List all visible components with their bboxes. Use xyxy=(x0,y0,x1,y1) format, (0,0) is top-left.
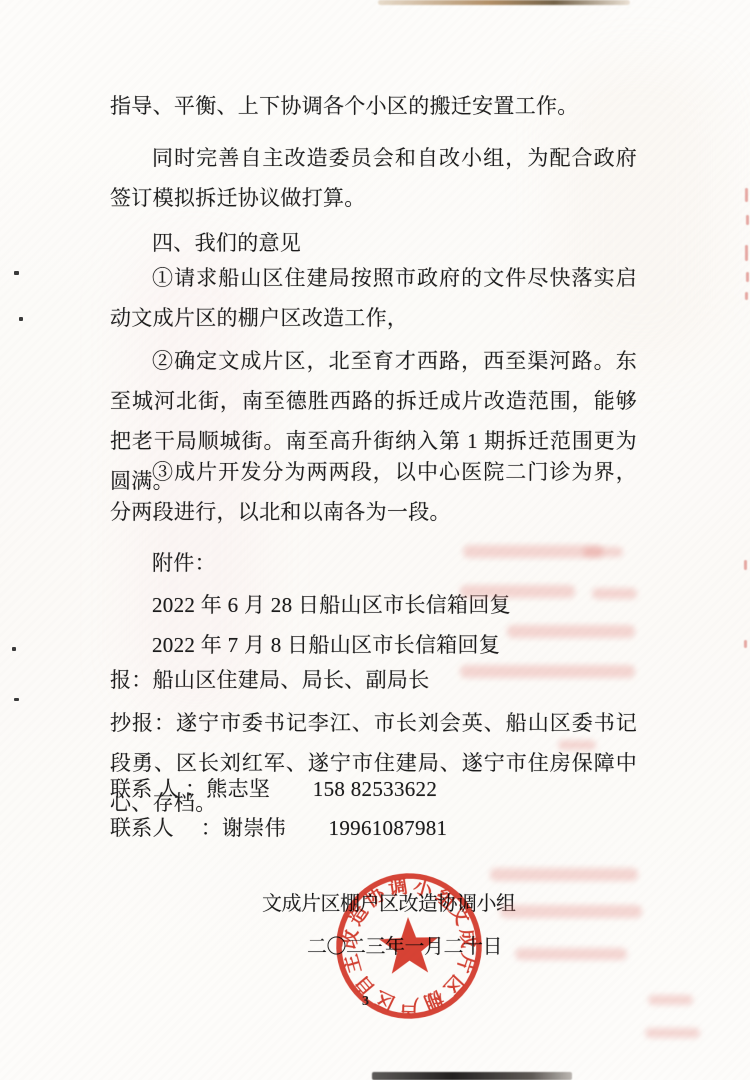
ink-bleed-artifact xyxy=(648,995,693,1005)
ink-bleed-artifact xyxy=(645,1028,700,1038)
body-paragraph: 四、我们的意见 xyxy=(110,223,637,263)
scan-red-mark xyxy=(745,292,748,300)
ink-bleed-artifact xyxy=(583,547,623,557)
ink-bleed-artifact xyxy=(592,588,637,599)
ink-bleed-artifact xyxy=(463,545,603,558)
ink-bleed-artifact xyxy=(507,625,635,638)
ink-bleed-artifact xyxy=(460,585,575,598)
ink-bleed-artifact xyxy=(500,905,642,918)
body-paragraph: 指导、平衡、上下协调各个小区的搬迁安置工作。 xyxy=(110,86,637,126)
star-icon xyxy=(379,916,440,974)
scan-red-mark xyxy=(744,640,747,648)
ink-bleed-artifact xyxy=(515,948,627,960)
ink-bleed-artifact xyxy=(460,665,635,678)
scan-red-mark xyxy=(744,560,747,570)
scan-band-bottom xyxy=(372,1072,572,1080)
scan-red-mark xyxy=(746,272,749,282)
body-paragraph: 同时完善自主改造委员会和自改小组，为配合政府签订模拟拆迁协议做打算。 xyxy=(110,138,637,218)
scan-speck xyxy=(12,647,16,651)
scan-red-mark xyxy=(745,245,748,261)
scan-smudge-top xyxy=(378,0,630,5)
scan-red-mark xyxy=(745,188,748,202)
contact-line: 联系 人 ：熊志坚 158 82533622 xyxy=(110,769,637,809)
page-number: 3 xyxy=(362,994,369,1010)
ink-bleed-artifact xyxy=(558,740,596,750)
ink-bleed-artifact xyxy=(490,868,638,881)
scanned-document-page: 指导、平衡、上下协调各个小区的搬迁安置工作。 同时完善自主改造委员会和自改小组，… xyxy=(0,0,750,1080)
scan-red-mark xyxy=(746,215,749,225)
scan-speck xyxy=(19,317,23,321)
official-seal: 文成片区棚户区自主改造协调小组 xyxy=(319,856,499,1036)
scan-speck xyxy=(14,271,19,275)
scan-speck xyxy=(14,698,19,701)
body-paragraph: ③成片开发分为两两段，以中心医院二门诊为界，分两段进行，以北和以南各为一段。 xyxy=(110,452,637,532)
body-paragraph: ①请求船山区住建局按照市政府的文件尽快落实启动文成片区的棚户区改造工作， xyxy=(110,258,637,338)
contact-line: 联系人 ：谢崇伟 19961087981 xyxy=(110,808,637,848)
